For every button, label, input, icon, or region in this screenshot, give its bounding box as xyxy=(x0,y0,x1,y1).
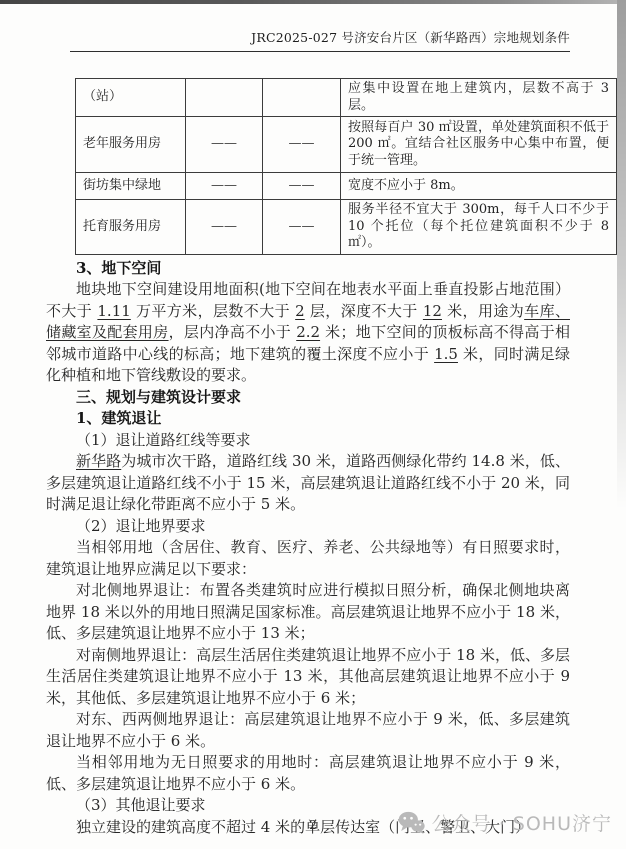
paragraph-south-boundary: 对南侧地界退让：高层生活居住类建筑退让地界不应小于 18 米，低、多层生活居住类… xyxy=(46,645,570,710)
watermark-label: 公众号 · SOHU济宁 xyxy=(432,809,612,836)
table-row: 托育服务用房 —— —— 服务半径不宜大于 300m，每千人口不少于 10 个托… xyxy=(76,200,617,255)
requirements-table: （站） 应集中设置在地上建筑内，层数不高于 3 层。 老年服务用房 —— —— … xyxy=(75,78,617,255)
table-row: 老年服务用房 —— —— 按照每百户 30 ㎡设置，单处建筑面积不低于 200 … xyxy=(76,117,617,173)
table-cell-dash xyxy=(186,79,263,117)
table-cell-item: （站） xyxy=(76,79,186,117)
text-run-underlined: 12 xyxy=(423,302,442,320)
table-cell-requirement: 按照每百户 30 ㎡设置，单处建筑面积不低于 200 ㎡。宜结合社区服务中心集中… xyxy=(341,117,617,173)
table-cell-dash: —— xyxy=(263,200,341,255)
table-cell-item: 托育服务用房 xyxy=(76,200,186,255)
table-row: （站） 应集中设置在地上建筑内，层数不高于 3 层。 xyxy=(76,79,617,117)
text-run-underlined: 新华路 xyxy=(76,452,121,470)
table-cell-requirement: 服务半径不宜大于 300m，每千人口不少于 10 个托位（每个托位建筑面积不少于… xyxy=(341,200,617,255)
table-cell-dash xyxy=(263,79,341,117)
document-page: JRC2025-027 号济安台片区（新华路西）宗地规划条件 （站） 应集中设置… xyxy=(0,0,626,849)
table-cell-item: 街坊集中绿地 xyxy=(76,173,186,200)
table-cell-item: 老年服务用房 xyxy=(76,117,186,173)
table-row: 街坊集中绿地 —— —— 宽度不应小于 8m。 xyxy=(76,173,617,200)
paragraph-road-redline-title: （1）退让道路红线等要求 xyxy=(46,430,570,452)
table-cell-requirement: 宽度不应小于 8m。 xyxy=(341,173,617,200)
section-heading-underground: 3、地下空间 xyxy=(46,258,570,280)
document-body: 3、地下空间 地块地下空间建设用地面积(地下空间在地表水平面上垂直投影占地范围）… xyxy=(46,258,570,839)
text-run-underlined: 1.11 xyxy=(97,302,130,320)
paragraph-north-boundary: 对北侧地界退让：布置各类建筑时应进行模拟日照分析，确保北侧地块离地界 18 米以… xyxy=(46,580,570,645)
paragraph-boundary-title: （2）退让地界要求 xyxy=(46,516,570,538)
wechat-icon xyxy=(398,811,425,834)
document-reference: JRC2025-027 号济安台片区（新华路西）宗地规划条件 xyxy=(251,30,570,45)
text-run: 万平方米，层数不大于 xyxy=(131,302,295,320)
table-cell-dash: —— xyxy=(263,173,341,200)
text-run: ，层内净高不小于 xyxy=(169,323,297,341)
text-run: 为城市次干路，道路红线 30 米，道路西侧绿化带约 14.8 米，低、多层建筑退… xyxy=(46,452,570,513)
section-heading-design: 三、规划与建筑设计要求 xyxy=(46,387,570,409)
text-run-underlined: 1.5 xyxy=(434,345,458,363)
text-run-underlined: 2 xyxy=(295,302,305,320)
text-run: 米，用途为 xyxy=(442,302,524,320)
document-header: JRC2025-027 号济安台片区（新华路西）宗地规划条件 xyxy=(70,28,570,52)
paragraph-adjacent-sunlight: 当相邻用地（含居住、教育、医疗、养老、公共绿地等）有日照要求时，建筑退让地界应满… xyxy=(46,537,570,580)
table-cell-dash: —— xyxy=(186,200,263,255)
watermark: 公众号 · SOHU济宁 xyxy=(398,809,612,836)
table-cell-dash: —— xyxy=(186,173,263,200)
subsection-heading-setback: 1、建筑退让 xyxy=(46,408,570,430)
paragraph-no-sunlight: 当相邻用地为无日照要求的用地时：高层建筑退让地界不应小于 9 米，低、多层建筑退… xyxy=(46,752,570,795)
text-run-underlined: 2.2 xyxy=(296,323,320,341)
paragraph-east-west-boundary: 对东、西两侧地界退让：高层建筑退让地界不应小于 9 米，低、多层建筑退让地界不应… xyxy=(46,709,570,752)
table-cell-requirement: 应集中设置在地上建筑内，层数不高于 3 层。 xyxy=(341,79,617,117)
table-cell-dash: —— xyxy=(186,117,263,173)
table-cell-dash: —— xyxy=(263,117,341,173)
text-run: 层，深度不大于 xyxy=(305,302,423,320)
paragraph-road-redline: 新华路为城市次干路，道路红线 30 米，道路西侧绿化带约 14.8 米，低、多层… xyxy=(46,451,570,516)
paragraph-underground: 地块地下空间建设用地面积(地下空间在地表水平面上垂直投影占地范围）不大于 1.1… xyxy=(46,279,570,387)
